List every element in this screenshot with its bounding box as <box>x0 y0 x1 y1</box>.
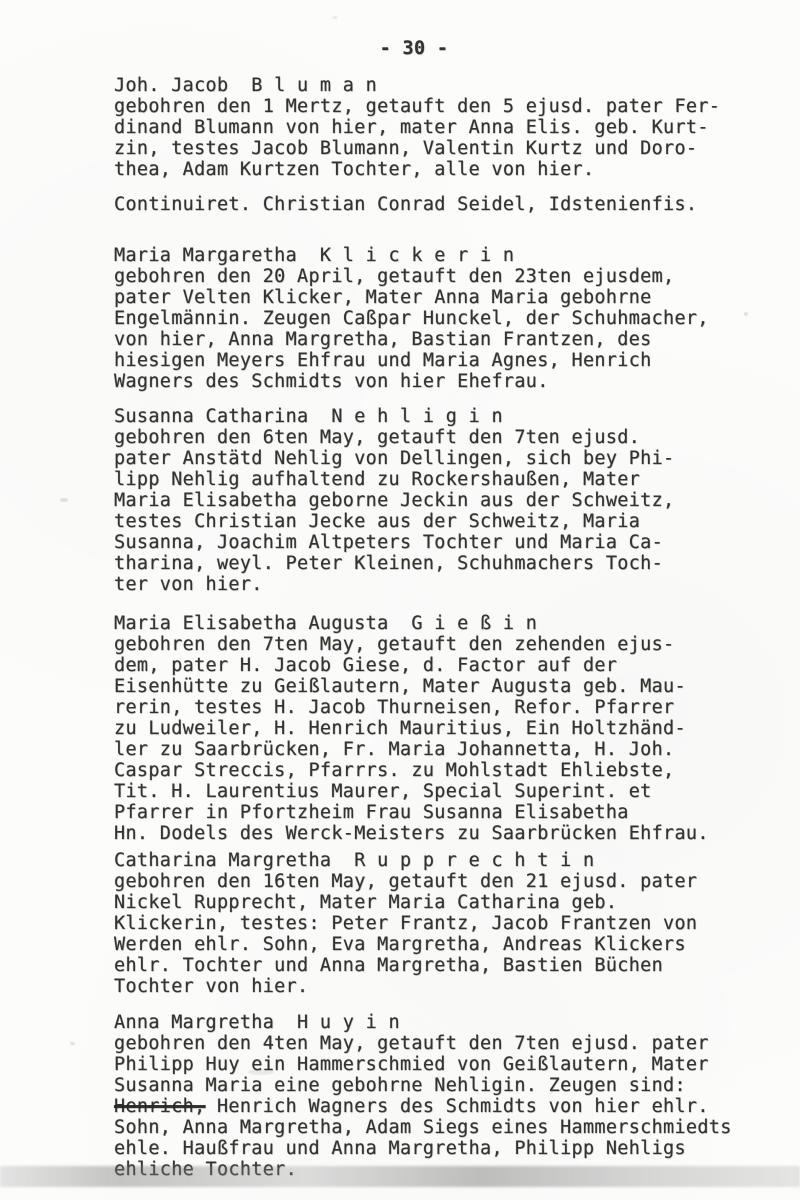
record-entry: Anna Margretha H u y i ngebohren den 4te… <box>114 1012 714 1180</box>
entry-line: Susanna, Joachim Altpeters Tochter und M… <box>114 532 714 553</box>
record-entry: Catharina Margretha R u p p r e c h t i … <box>114 850 714 997</box>
entry-line: lipp Nehlig aufhaltend zu Rockershaußen,… <box>114 469 714 490</box>
entry-line: pater Velten Klicker, Mater Anna Maria g… <box>114 287 714 308</box>
entry-line: ter von hier. <box>114 574 714 595</box>
scan-artifact-band <box>0 1166 800 1187</box>
entry-line: gebohren den 4ten May, getauft den 7ten … <box>114 1033 714 1054</box>
baptism-entries-container: Joh. Jacob B l u m a ngebohren den 1 Mer… <box>114 75 714 1180</box>
entry-line: zu Ludweiler, H. Henrich Mauritius, Ein … <box>114 718 714 739</box>
entry-heading: Susanna Catharina N e h l i g i n <box>114 406 714 427</box>
scan-smudge <box>744 312 748 316</box>
entry-line: Sohn, Anna Margretha, Adam Siegs eines H… <box>114 1117 714 1138</box>
scan-smudge <box>60 498 68 502</box>
entry-line: gebohren den 16ten May, getauft den 21 e… <box>114 871 714 892</box>
entry-line: pater Anstätd Nehlig von Dellingen, sich… <box>114 448 714 469</box>
record-entry: Maria Margaretha K l i c k e r i ngebohr… <box>114 245 714 392</box>
entry-line: testes Christian Jecke aus der Schweitz,… <box>114 511 714 532</box>
entry-line: gebohren den 20 April, getauft den 23ten… <box>114 266 714 287</box>
entry-line: Pfarrer in Pfortzheim Frau Susanna Elisa… <box>114 802 714 823</box>
entry-heading: Anna Margretha H u y i n <box>114 1012 714 1033</box>
entry-line: zin, testes Jacob Blumann, Valentin Kurt… <box>114 138 714 159</box>
entry-line: dem, pater H. Jacob Giese, d. Factor auf… <box>114 655 714 676</box>
scan-smudge <box>248 1069 274 1075</box>
record-entry: Maria Elisabetha Augusta G i e ß i ngebo… <box>114 613 714 844</box>
entry-heading: Maria Elisabetha Augusta G i e ß i n <box>114 613 714 634</box>
entry-line: Engelmännin. Zeugen Caßpar Hunckel, der … <box>114 308 714 329</box>
entry-line: Wagners des Schmidts von hier Ehefrau. <box>114 371 714 392</box>
entry-line: Klickerin, testes: Peter Frantz, Jacob F… <box>114 913 714 934</box>
entry-line: Caspar Streccis, Pfarrrs. zu Mohlstadt E… <box>114 760 714 781</box>
entry-heading: Maria Margaretha K l i c k e r i n <box>114 245 714 266</box>
entry-line: thea, Adam Kurtzen Tochter, alle von hie… <box>114 159 714 180</box>
entry-line: Hn. Dodels des Werck-Meisters zu Saarbrü… <box>114 823 714 844</box>
page-number: - 30 - <box>114 38 714 59</box>
entry-line: rerin, testes H. Jacob Thurneisen, Refor… <box>114 697 714 718</box>
entry-line: Nickel Rupprecht, Mater Maria Catharina … <box>114 892 714 913</box>
struck-text: Henrich, <box>114 1096 206 1117</box>
entry-line: Werden ehlr. Sohn, Eva Margretha, Andrea… <box>114 934 714 955</box>
scan-smudge <box>332 16 338 19</box>
entry-line: von hier, Anna Margretha, Bastian Frantz… <box>114 329 714 350</box>
entry-line: gebohren den 6ten May, getauft den 7ten … <box>114 427 714 448</box>
entry-line: Henrich, Henrich Wagners des Schmidts vo… <box>114 1096 714 1117</box>
entry-line: gebohren den 7ten May, getauft den zehen… <box>114 634 714 655</box>
page-text-column: - 30 - Joh. Jacob B l u m a ngebohren de… <box>114 38 714 1180</box>
entry-line: Eisenhütte zu Geißlautern, Mater Augusta… <box>114 676 714 697</box>
entry-line: Continuiret. Christian Conrad Seidel, Id… <box>114 194 714 215</box>
scanned-register-page: - 30 - Joh. Jacob B l u m a ngebohren de… <box>0 0 800 1200</box>
entry-heading: Catharina Margretha R u p p r e c h t i … <box>114 850 714 871</box>
record-entry: Joh. Jacob B l u m a ngebohren den 1 Mer… <box>114 75 714 180</box>
record-entry: Continuiret. Christian Conrad Seidel, Id… <box>114 194 714 215</box>
entry-line: ler zu Saarbrücken, Fr. Maria Johannetta… <box>114 739 714 760</box>
entry-line: Susanna Maria eine gebohrne Nehligin. Ze… <box>114 1075 714 1096</box>
entry-line: Philipp Huy ein Hammerschmied von Geißla… <box>114 1054 714 1075</box>
entry-line: Tit. H. Laurentius Maurer, Special Super… <box>114 781 714 802</box>
entry-line: gebohren den 1 Mertz, getauft den 5 ejus… <box>114 96 714 117</box>
entry-line: Tochter von hier. <box>114 976 714 997</box>
entry-line: dinand Blumann von hier, mater Anna Elis… <box>114 117 714 138</box>
entry-line: ehlr. Tochter und Anna Margretha, Bastie… <box>114 955 714 976</box>
entry-line: ehle. Haußfrau und Anna Margretha, Phili… <box>114 1138 714 1159</box>
entry-line: tharina, weyl. Peter Kleinen, Schuhmache… <box>114 553 714 574</box>
entry-line: Maria Elisabetha geborne Jeckin aus der … <box>114 490 714 511</box>
entry-heading: Joh. Jacob B l u m a n <box>114 75 714 96</box>
record-entry: Susanna Catharina N e h l i g i ngebohre… <box>114 406 714 595</box>
entry-line: hiesigen Meyers Ehfrau und Maria Agnes, … <box>114 350 714 371</box>
scan-smudge <box>70 1042 75 1045</box>
